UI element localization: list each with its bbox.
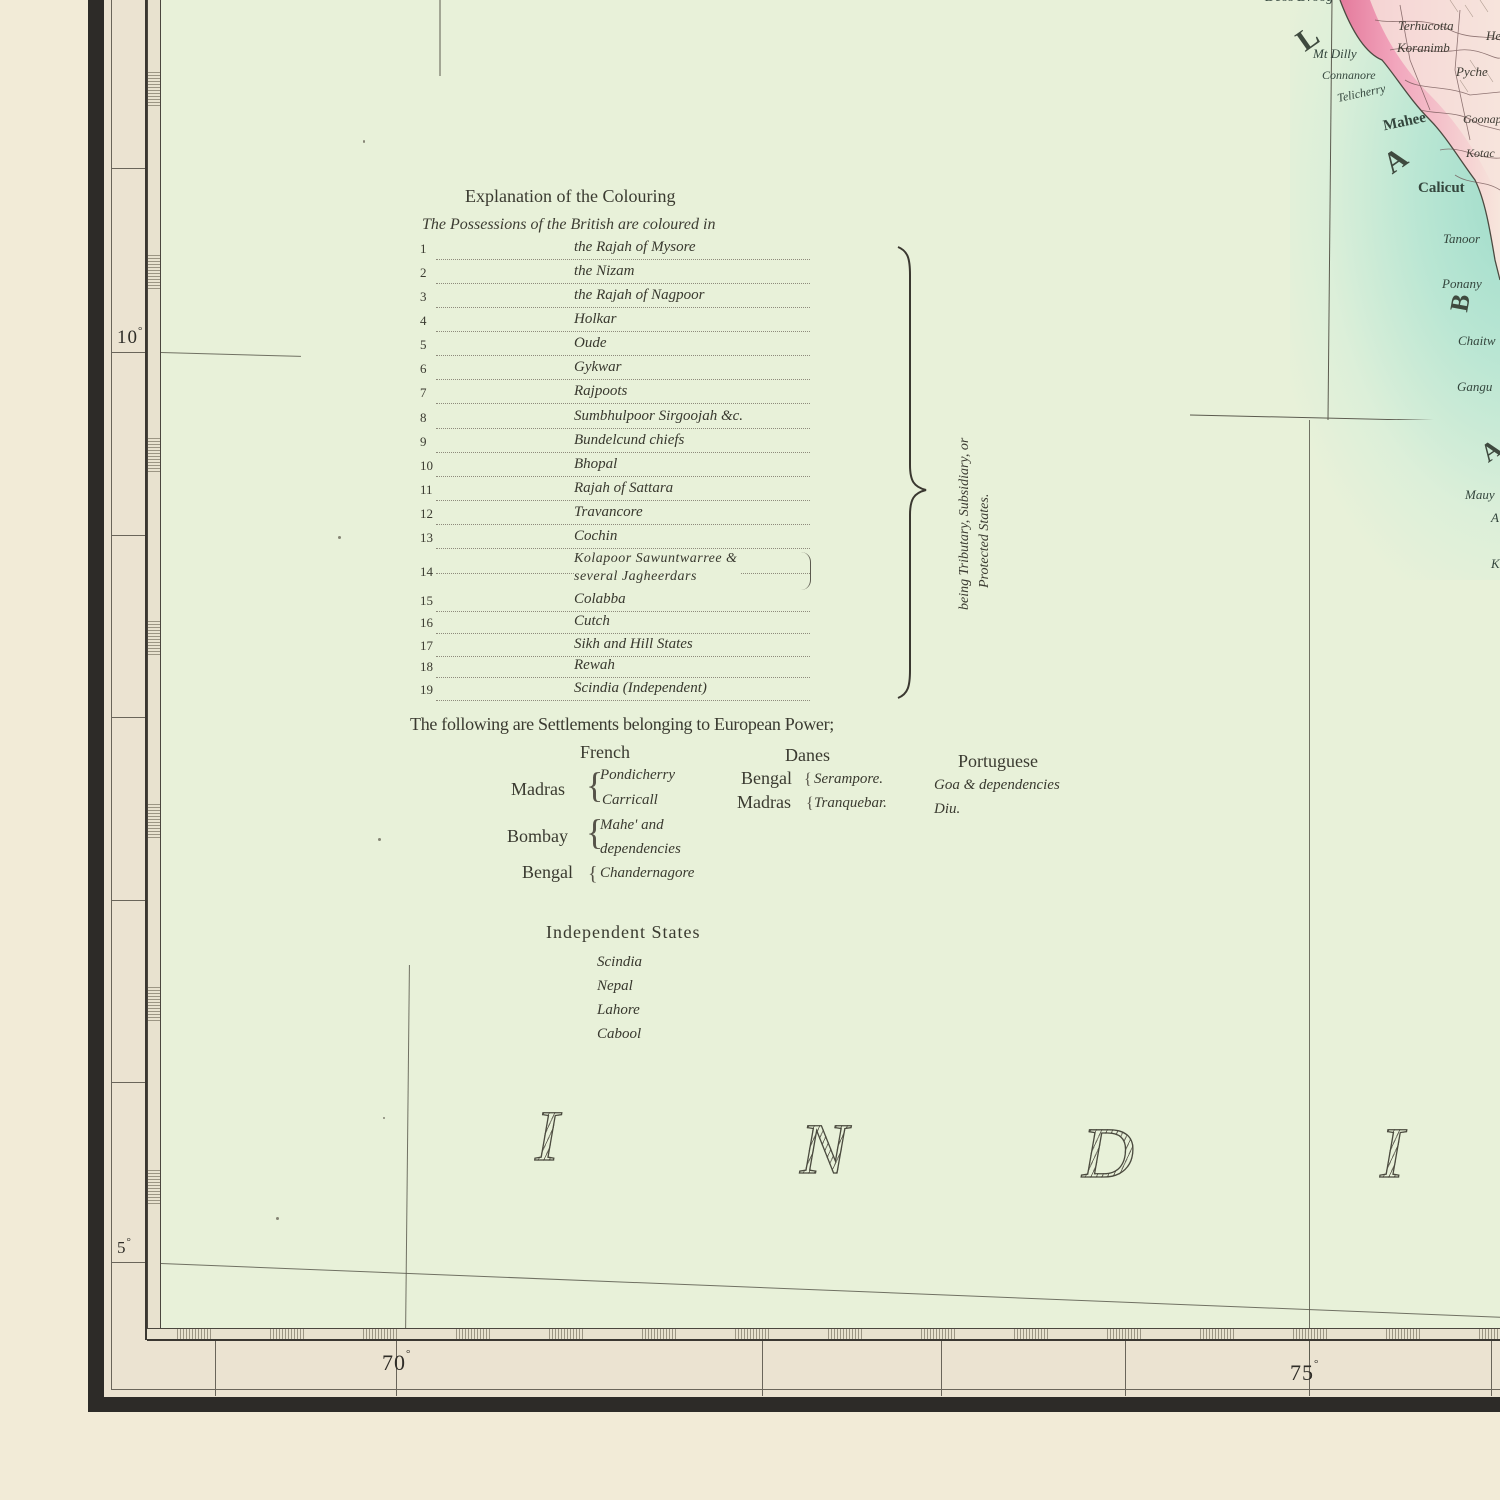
place-label: Mauy (1465, 487, 1495, 503)
settlement-place: Tranquebar. (814, 795, 887, 812)
place-label: Kotac (1466, 146, 1495, 161)
place-label: Koranimb (1397, 40, 1450, 56)
legend-row: 15Colabba (420, 593, 810, 615)
row-14-brace (800, 552, 811, 590)
sea-name-letter: I (535, 1095, 559, 1178)
paper-blemish (378, 838, 381, 841)
brace: { (588, 864, 598, 884)
frame-divider (111, 900, 147, 901)
place-label: Ponany (1442, 276, 1482, 292)
legend-subtitle: The Possessions of the British are colou… (422, 216, 715, 234)
sea-name-letter: I (1380, 1112, 1404, 1195)
sea-name-letter: D (1082, 1112, 1134, 1195)
place-label: A (1491, 510, 1499, 526)
legend-row: 11Rajah of Sattara (420, 482, 810, 504)
place-label: Gangu (1457, 379, 1492, 395)
paper-blemish (363, 140, 365, 143)
legend-row: 18Rewah (420, 659, 810, 681)
frame-divider (111, 1262, 147, 1263)
brace: { (806, 796, 814, 812)
longitude-scale-bar (147, 1328, 1500, 1341)
settlement-place: Serampore. (814, 771, 883, 788)
frame-divider (111, 168, 147, 169)
legend-row: 10Bhopal (420, 458, 810, 480)
region-label: Bengal (741, 768, 792, 789)
region-label: Madras (511, 779, 565, 800)
independent-state: Cabool (597, 1026, 641, 1043)
frame-divider (762, 1341, 763, 1396)
legend-row: 3the Rajah of Nagpoor (420, 289, 810, 311)
longitude-label-70: 70° (382, 1350, 411, 1376)
region-label: Madras (737, 792, 791, 813)
latitude-scale-bar (147, 0, 161, 1338)
frame-divider (215, 1341, 216, 1396)
settlement-place: Mahe' and (600, 817, 664, 834)
paper-blemish (338, 536, 341, 539)
place-label: Chaitw (1458, 333, 1496, 349)
legend-row: 2the Nizam (420, 265, 810, 287)
place-label: Calicut (1418, 180, 1465, 197)
place-label: Connanore (1322, 68, 1376, 83)
settlement-place: dependencies (600, 841, 681, 858)
legend-row: 12Travancore (420, 506, 810, 528)
place-label: Pyche (1456, 64, 1488, 80)
region-label: Bengal (522, 862, 573, 883)
sea-name-letter: N (800, 1108, 848, 1191)
legend-row: 8Sumbhulpoor Sirgoojah &c. (420, 410, 810, 432)
legend-row: 4Holkar (420, 313, 810, 335)
paper-blemish (383, 1117, 385, 1119)
independent-states-title: Independent States (546, 922, 700, 943)
place-label: Deos Droog (1265, 0, 1333, 6)
portuguese-heading: Portuguese (958, 751, 1038, 772)
place-label: K (1491, 556, 1500, 572)
frame-divider (111, 535, 147, 536)
legend-row: 9Bundelcund chiefs (420, 434, 810, 456)
brace-note: being Tributary, Subsidiary, or Protecte… (955, 438, 995, 610)
danes-heading: Danes (785, 745, 830, 766)
meridian-75-line (1309, 420, 1310, 1360)
settlement-place: Goa & dependencies (934, 777, 1060, 794)
longitude-label-75: 75° (1290, 1360, 1319, 1386)
independent-state: Lahore (597, 1002, 640, 1019)
independent-state: Scindia (597, 954, 642, 971)
independent-state: Nepal (597, 978, 633, 995)
french-heading: French (580, 742, 630, 763)
frame-divider (1491, 1341, 1492, 1396)
legend-row: 16Cutch (420, 615, 810, 637)
settlement-place: Carricall (602, 792, 658, 809)
latitude-label-10: 10° (117, 327, 143, 349)
latitude-label-5: 5° (117, 1238, 132, 1258)
tributary-states-brace (896, 245, 936, 700)
legend-row: 7Rajpoots (420, 385, 810, 407)
place-label: Tanoor (1443, 231, 1480, 247)
frame-divider (111, 717, 147, 718)
frame-divider (111, 352, 147, 353)
legend-row: 6Gykwar (420, 361, 810, 383)
place-label: He (1486, 28, 1500, 44)
frame-divider (111, 1082, 147, 1083)
paper-blemish (276, 1217, 279, 1220)
legend-row: 14 Kolapoor Sawuntwarree &several Jaghee… (420, 552, 810, 592)
place-label: Goonap (1463, 112, 1500, 127)
region-label: Bombay (507, 826, 568, 847)
settlement-place: Diu. (934, 801, 960, 818)
settlement-place: Chandernagore (600, 865, 694, 882)
legend-title: Explanation of the Colouring (465, 186, 675, 207)
legend-row: 19Scindia (Independent) (420, 682, 810, 704)
frame-divider (1125, 1341, 1126, 1396)
frame-divider (941, 1341, 942, 1396)
legend-row: 1the Rajah of Mysore (420, 241, 810, 263)
legend-row: 5Oude (420, 337, 810, 359)
settlements-title: The following are Settlements belonging … (410, 714, 834, 735)
settlement-place: Pondicherry (600, 767, 675, 784)
legend-row: 13Cochin (420, 530, 810, 552)
place-label: Terhucotta (1398, 18, 1454, 34)
brace: { (804, 772, 812, 788)
